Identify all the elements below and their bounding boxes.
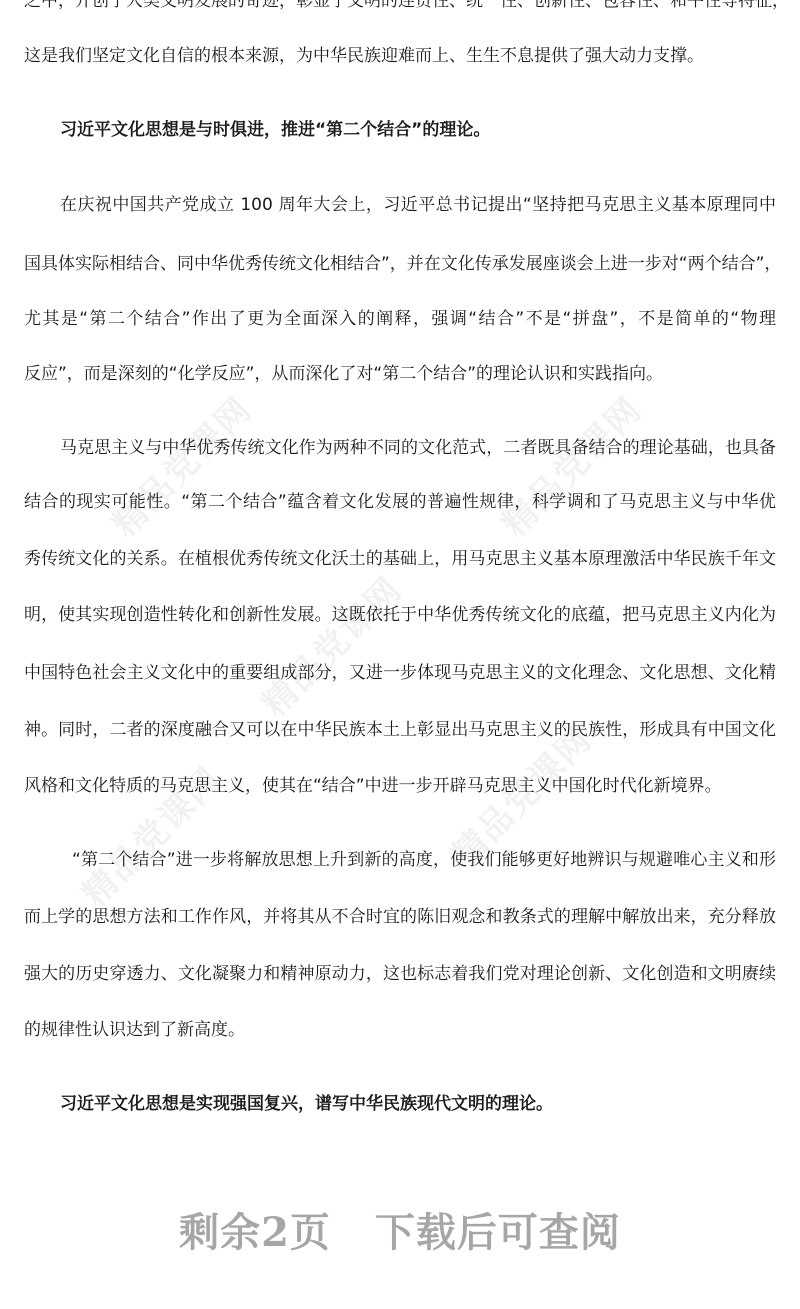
body-line: 明，使其实现创造性转化和创新性发展。这既依托于中华优秀传统文化的底蕴，把马克思主… [24, 603, 776, 627]
body-line: “第二个结合”进一步将解放思想上升到新的高度，使我们能够更好地辨识与规避唯心主义… [72, 848, 776, 872]
body-line: 风格和文化特质的马克思主义，使其在“结合”中进一步开辟马克思主义中国化时代化新境… [24, 774, 776, 798]
body-line: 尤其是“第二个结合”作出了更为全面深入的阐释，强调“结合”不是“拼盘”，不是简单… [24, 307, 776, 331]
section-heading: 习近平文化思想是与时俱进，推进“第二个结合”的理论。 [60, 118, 776, 142]
download-hint-label: 下载后可查阅 [375, 1209, 621, 1256]
body-line: 反应”，而是深刻的“化学反应”，从而深化了对“第二个结合”的理论认识和实践指向。 [24, 362, 776, 386]
body-line: 而上学的思想方法和工作作风，并将其从不合时宜的陈旧观念和教条式的理解中解放出来，… [24, 905, 776, 929]
body-line: 国具体实际相结合、同中华优秀传统文化相结合”，并在文化传承发展座谈会上进一步对“… [24, 252, 776, 276]
body-line: 之中，开创了人类文明发展的奇迹，彰显了文明的连贯性、统一性、创新性、包容性、和平… [24, 0, 776, 13]
body-line: 强大的历史穿透力、文化凝聚力和精神原动力，这也标志着我们党对理论创新、文化创造和… [24, 962, 776, 986]
download-prompt[interactable]: 剩余2页下载后可查阅 [0, 1205, 800, 1261]
body-line: 马克思主义与中华优秀传统文化作为两种不同的文化范式，二者既具备结合的理论基础，也… [60, 436, 776, 460]
watermark: 精品党课网 [489, 384, 651, 546]
body-line: 秀传统文化的关系。在植根优秀传统文化沃土的基础上，用马克思主义基本原理激活中华民… [24, 547, 776, 571]
remaining-pages-label: 剩余2页 [179, 1209, 331, 1256]
body-line: 神。同时，二者的深度融合又可以在中华民族本土上彰显出马克思主义的民族性，形成具有… [24, 718, 776, 742]
section-heading: 习近平文化思想是实现强国复兴，谱写中华民族现代文明的理论。 [60, 1092, 776, 1116]
body-line: 这是我们坚定文化自信的根本来源，为中华民族迎难而上、生生不息提供了强大动力支撑。 [24, 44, 776, 68]
body-line: 结合的现实可能性。“第二个结合”蕴含着文化发展的普遍性规律，科学调和了马克思主义… [24, 490, 776, 514]
watermark: 精品党课网 [249, 564, 411, 726]
body-line: 的规律性认识达到了新高度。 [24, 1018, 776, 1042]
watermark: 精品党课网 [99, 384, 261, 546]
document-page: 精品党课网 精品党课网 精品党课网 精品党课网 精品党课网 之中，开创了人类文明… [0, 0, 800, 1309]
body-line: 中国特色社会主义文化中的重要组成部分，又进一步体现马克思主义的文化理念、文化思想… [24, 661, 776, 685]
body-line: 在庆祝中国共产党成立 100 周年大会上，习近平总书记提出“坚持把马克思主义基本… [60, 193, 776, 217]
